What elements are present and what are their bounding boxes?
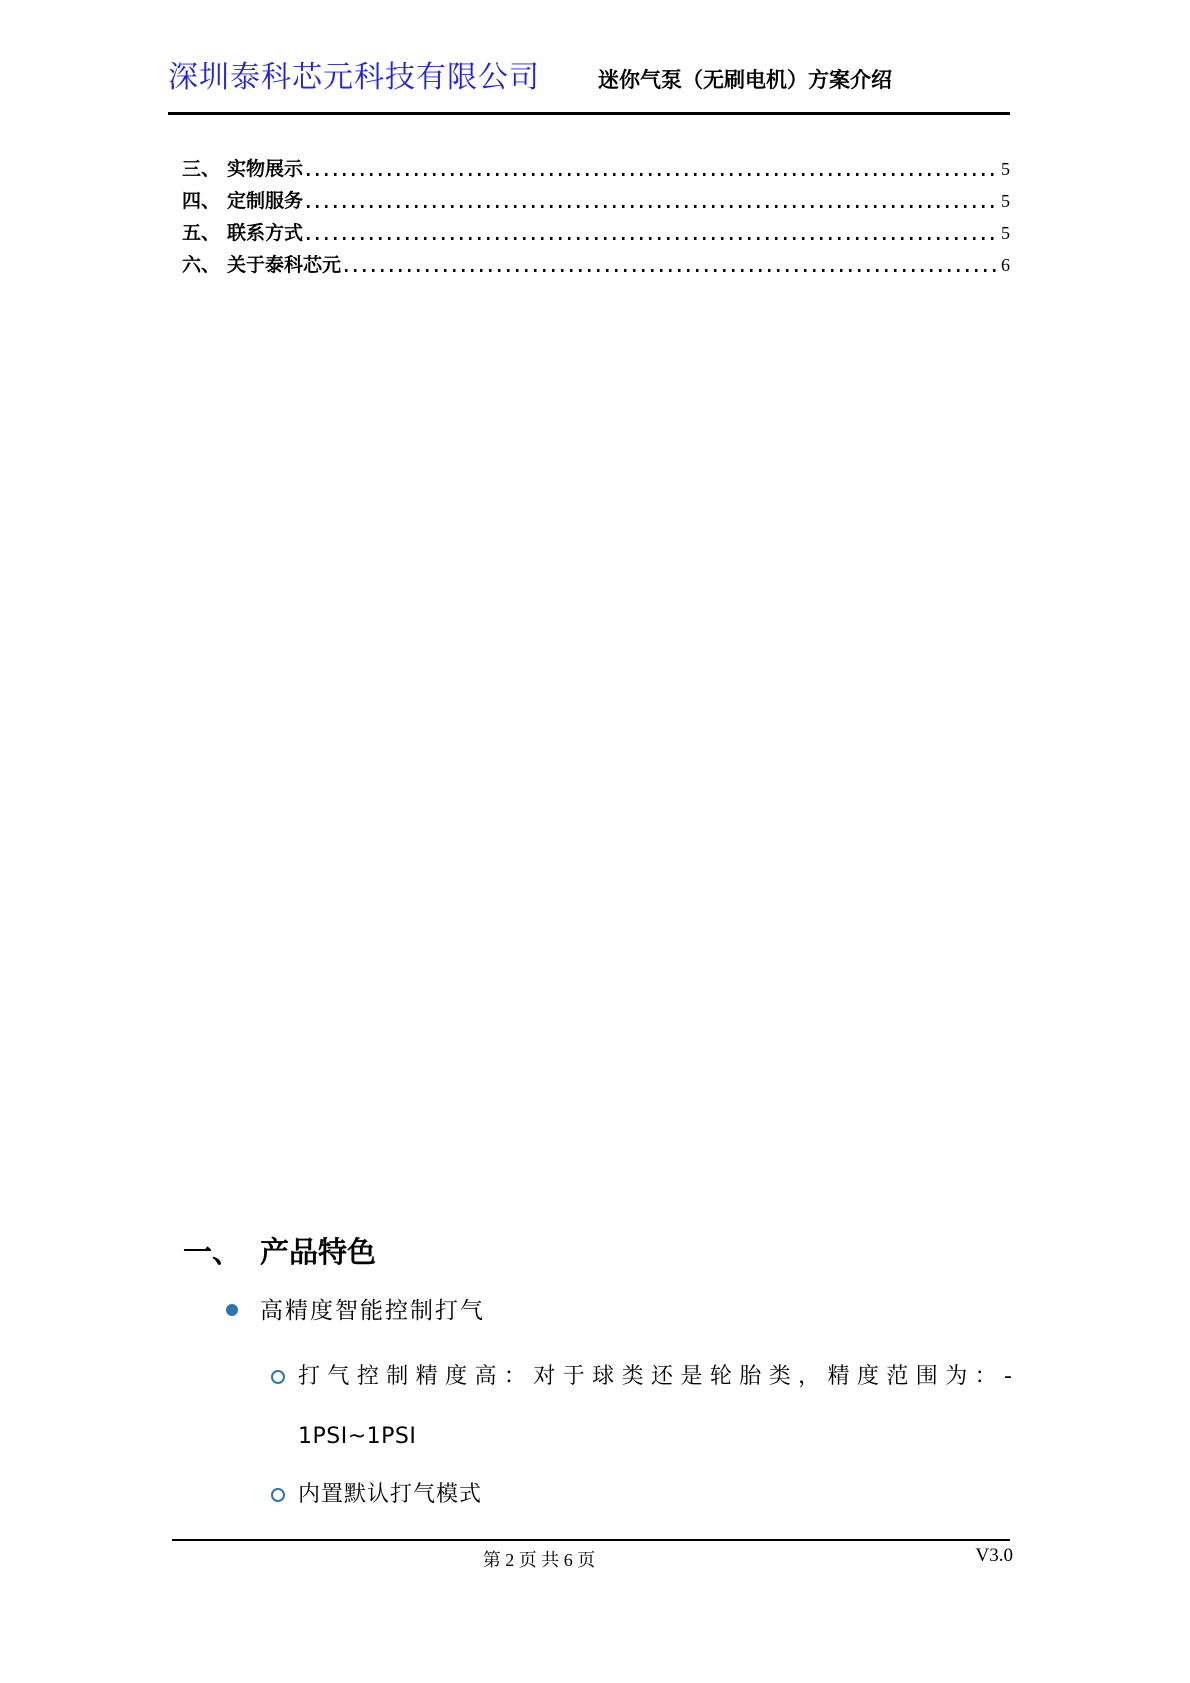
- toc-page-number: 5: [1001, 154, 1010, 184]
- toc-entry[interactable]: 六、 关于泰科芯元 6: [168, 248, 1010, 280]
- toc-leader-dots: [307, 205, 998, 208]
- table-of-contents: 三、 实物展示 5 四、 定制服务 5 五、 联系方式 5 六、 关于泰科芯元 …: [168, 152, 1010, 280]
- section-heading-title: 产品特色: [260, 1235, 376, 1269]
- sub-bullet-text: 内置默认打气模式: [298, 1480, 1012, 1510]
- document-page: 深圳泰科芯元科技有限公司 迷你气泵（无刷电机）方案介绍 三、 实物展示 5 四、…: [0, 0, 1190, 1683]
- toc-entry[interactable]: 五、 联系方式 5: [168, 216, 1010, 248]
- toc-entry-title[interactable]: 联系方式: [227, 218, 303, 248]
- toc-entry-number: 五、: [182, 218, 227, 248]
- toc-page-number: 5: [1001, 218, 1010, 248]
- toc-leader-dots: [345, 269, 998, 272]
- footer-divider: [172, 1539, 1010, 1541]
- section-heading: 一、产品特色: [183, 1230, 376, 1271]
- sub-bullet-text-line1: 打气控制精度高：对于球类还是轮胎类，精度范围为：-: [298, 1362, 1012, 1392]
- toc-page-number: 6: [1001, 250, 1010, 280]
- toc-entry-number: 六、: [182, 250, 227, 280]
- toc-entry[interactable]: 三、 实物展示 5: [168, 152, 1010, 184]
- sub-bullet-item: 内置默认打气模式: [270, 1480, 1012, 1510]
- filled-bullet-icon: [226, 1304, 238, 1316]
- footer-page-indicator: 第 2 页 共 6 页: [118, 1546, 960, 1572]
- feature-bullet-text: 高精度智能控制打气: [260, 1298, 485, 1324]
- toc-leader-dots: [307, 173, 998, 176]
- header-divider: [168, 112, 1010, 115]
- toc-leader-dots: [307, 237, 998, 240]
- feature-bullet-item: 高精度智能控制打气: [226, 1292, 485, 1325]
- sub-bullet-item: 打气控制精度高：对于球类还是轮胎类，精度范围为：- 1PSI~1PSI: [270, 1362, 1012, 1452]
- circle-bullet-icon: [271, 1370, 285, 1384]
- toc-entry-number: 四、: [182, 186, 227, 216]
- footer-version: V3.0: [976, 1545, 1013, 1567]
- section-heading-number: 一、: [183, 1235, 241, 1269]
- company-name: 深圳泰科芯元科技有限公司: [168, 52, 540, 96]
- circle-bullet-icon: [271, 1488, 285, 1502]
- sub-bullet-text-line2: 1PSI~1PSI: [298, 1422, 1012, 1452]
- toc-entry[interactable]: 四、 定制服务 5: [168, 184, 1010, 216]
- toc-entry-title[interactable]: 定制服务: [227, 186, 303, 216]
- toc-entry-title[interactable]: 关于泰科芯元: [227, 250, 341, 280]
- toc-entry-title[interactable]: 实物展示: [227, 154, 303, 184]
- toc-entry-number: 三、: [182, 154, 227, 184]
- toc-page-number: 5: [1001, 186, 1010, 216]
- document-title: 迷你气泵（无刷电机）方案介绍: [598, 64, 892, 94]
- page-header: 深圳泰科芯元科技有限公司 迷你气泵（无刷电机）方案介绍: [168, 52, 1010, 96]
